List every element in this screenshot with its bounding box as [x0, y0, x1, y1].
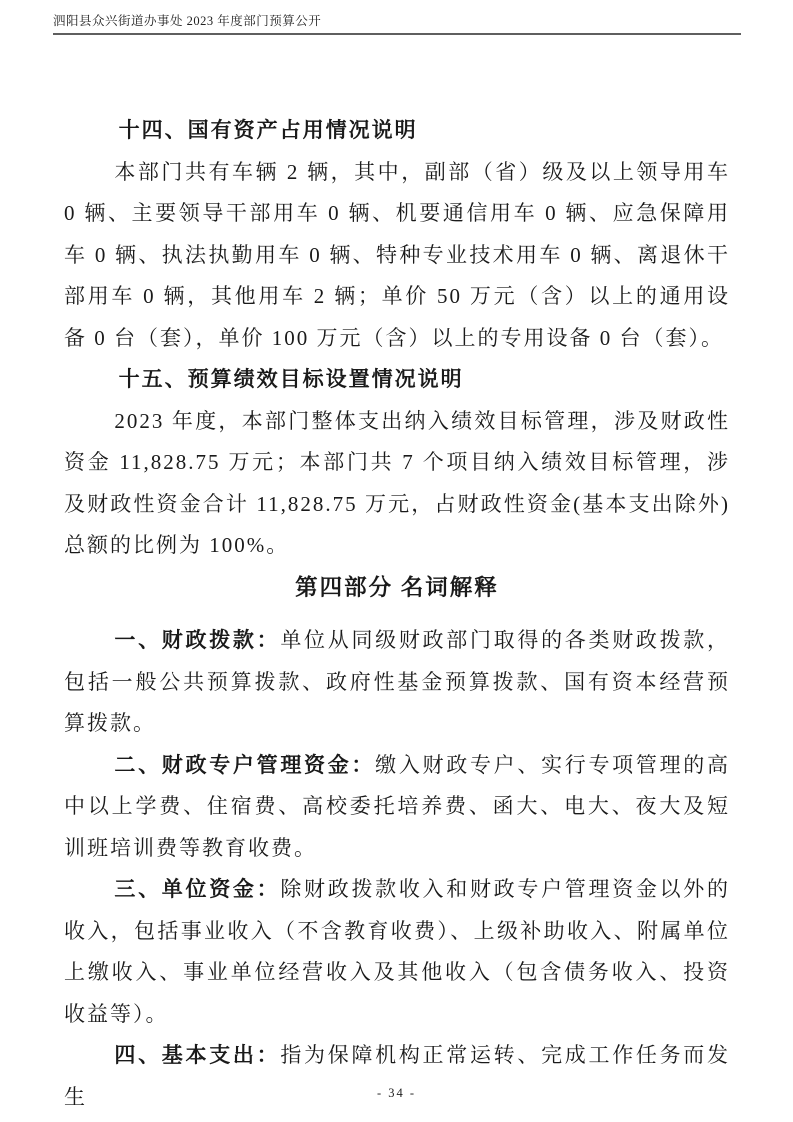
term-definition-3: 三、单位资金：除财政拨款收入和财政专户管理资金以外的收入，包括事业收入（不含教育… — [64, 869, 730, 1035]
section-15-paragraph: 2023 年度，本部门整体支出纳入绩效目标管理，涉及财政性资金 11,828.7… — [64, 401, 730, 567]
term-2-label: 二、财政专户管理资金： — [114, 753, 375, 777]
term-definition-4: 四、基本支出：指为保障机构正常运转、完成工作任务而发生 — [64, 1035, 730, 1118]
term-definition-1: 一、财政拨款：单位从同级财政部门取得的各类财政拨款，包括一般公共预算拨款、政府性… — [64, 620, 730, 745]
document-page: 泗阳县众兴街道办事处 2023 年度部门预算公开 十四、国有资产占用情况说明 本… — [0, 0, 793, 1122]
section-14-heading: 十四、国有资产占用情况说明 — [64, 110, 730, 152]
page-number: - 34 - — [0, 1086, 793, 1101]
section-15-heading: 十五、预算绩效目标设置情况说明 — [64, 359, 730, 401]
document-body: 十四、国有资产占用情况说明 本部门共有车辆 2 辆，其中，副部（省）级及以上领导… — [0, 35, 793, 1118]
section-14-paragraph: 本部门共有车辆 2 辆，其中，副部（省）级及以上领导用车 0 辆、主要领导干部用… — [64, 152, 730, 360]
page-header: 泗阳县众兴街道办事处 2023 年度部门预算公开 — [53, 0, 741, 35]
term-4-label: 四、基本支出： — [114, 1043, 280, 1067]
term-1-label: 一、财政拨款： — [114, 628, 280, 652]
term-definition-2: 二、财政专户管理资金：缴入财政专户、实行专项管理的高中以上学费、住宿费、高校委托… — [64, 745, 730, 870]
header-title: 泗阳县众兴街道办事处 2023 年度部门预算公开 — [53, 14, 321, 28]
part-4-title: 第四部分 名词解释 — [64, 567, 730, 609]
term-3-label: 三、单位资金： — [114, 877, 280, 901]
